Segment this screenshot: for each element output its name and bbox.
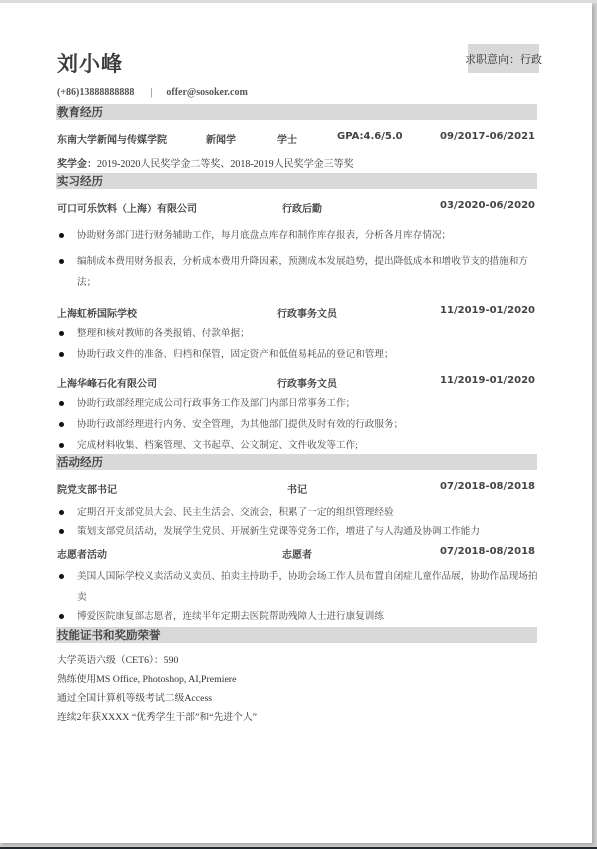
bullet-dot-icon	[59, 529, 64, 534]
bullet-dot-icon	[59, 352, 64, 357]
company-name: 上海虹桥国际学校	[57, 305, 137, 320]
bullet-dot-icon	[59, 574, 64, 579]
bullet-item: 协助行政文件的准备、归档和保管，固定资产和低值易耗品的登记和管理；	[57, 344, 539, 365]
scholarship-line: 奖学金：2019-2020人民奖学金二等奖、2018-2019人民奖学金三等奖	[57, 155, 354, 170]
bullet-dot-icon	[59, 422, 64, 427]
job-intent-box: 求职意向：行政	[468, 44, 539, 73]
bullet-item: 协助行政部经理完成公司行政事务工作及部门内部日常事务工作；	[57, 393, 539, 414]
bullet-dot-icon	[59, 233, 64, 238]
phone-number: (+86)13888888888	[57, 87, 134, 98]
school-name: 东南大学新闻与传媒学院	[57, 131, 167, 146]
email-address: offer@sosoker.com	[166, 87, 247, 98]
job-role: 行政后勤	[282, 200, 322, 215]
bullet-item: 协助财务部门进行财务辅助工作，每月底盘点库存和制作库存报表，分析各月库存情况；	[57, 225, 539, 246]
activity-org: 院党支部书记	[57, 481, 117, 496]
job-role: 行政事务文员	[277, 305, 337, 320]
internship-row: 可口可乐饮料（上海）有限公司 行政后勤 03/2020-06/2020	[57, 200, 535, 214]
company-name: 可口可乐饮料（上海）有限公司	[57, 200, 197, 215]
skill-item: 大学英语六级（CET6）：590	[57, 652, 178, 666]
bullet-item: 定期召开支部党员大会、民主生活会、交流会，积累了一定的组织管理经验	[57, 502, 539, 523]
education-date: 09/2017-06/2021	[440, 131, 535, 142]
resume-page: 刘小峰 求职意向：行政 (+86)13888888888 | offer@sos…	[0, 3, 592, 843]
activity-org: 志愿者活动	[57, 546, 107, 561]
bullet-item: 协助行政部经理进行内务、安全管理，为其他部门提供及时有效的行政服务；	[57, 414, 539, 435]
activity-role: 书记	[287, 481, 307, 496]
internship-row: 上海华峰石化有限公司 行政事务文员 11/2019-01/2020	[57, 375, 535, 389]
section-header-internship: 实习经历	[56, 173, 537, 189]
job-date: 03/2020-06/2020	[440, 200, 535, 211]
scholarship-text: 2019-2020人民奖学金二等奖、2018-2019人民奖学金三等奖	[97, 159, 354, 170]
internship-row: 上海虹桥国际学校 行政事务文员 11/2019-01/2020	[57, 305, 535, 319]
education-row: 东南大学新闻与传媒学院 新闻学 学士 GPA:4.6/5.0 09/2017-0…	[57, 131, 535, 145]
section-header-education: 教育经历	[56, 104, 537, 120]
bullet-dot-icon	[59, 401, 64, 406]
gpa: GPA:4.6/5.0	[337, 131, 403, 142]
bullet-item: 策划支部党员活动，发展学生党员、开展新生党课等党务工作，增进了与人沟通及协调工作…	[57, 521, 539, 542]
activity-row: 志愿者活动 志愿者 07/2018-08/2018	[57, 546, 535, 560]
activity-date: 07/2018-08/2018	[440, 546, 535, 557]
activity-role: 志愿者	[282, 546, 312, 561]
scholarship-label: 奖学金：	[57, 159, 97, 170]
bullet-item: 整理和核对教师的各类报销、付款单据；	[57, 323, 539, 344]
contact-line: (+86)13888888888 | offer@sosoker.com	[57, 87, 248, 98]
bullet-dot-icon	[59, 331, 64, 336]
bullet-item: 完成材料收集、档案管理、文书起草、公文制定、文件收发等工作;	[57, 435, 539, 456]
activity-date: 07/2018-08/2018	[440, 481, 535, 492]
bullet-dot-icon	[59, 614, 64, 619]
bullet-dot-icon	[59, 443, 64, 448]
skill-item: 连续2年获XXXX “优秀学生干部”和“先进个人”	[57, 709, 257, 723]
skill-item: 通过全国计算机等级考试二级Access	[57, 690, 212, 704]
bullet-item: 美国人国际学校义卖活动义卖员、拍卖主持助手，协助会场工作人员布置自闭症儿童作品展…	[57, 566, 539, 608]
activity-row: 院党支部书记 书记 07/2018-08/2018	[57, 481, 535, 495]
major: 新闻学	[206, 131, 236, 146]
section-header-activities: 活动经历	[56, 454, 537, 470]
job-date: 11/2019-01/2020	[440, 375, 535, 386]
bullet-item: 编制成本费用财务报表，分析成本费用升降因素，预测成本发展趋势，提出降低成本和增收…	[57, 251, 539, 293]
bullet-dot-icon	[59, 510, 64, 515]
job-role: 行政事务文员	[277, 375, 337, 390]
degree: 学士	[277, 131, 297, 146]
contact-separator: |	[150, 87, 152, 98]
job-date: 11/2019-01/2020	[440, 305, 535, 316]
skill-item: 熟练使用MS Office, Photoshop, AI,Premiere	[57, 671, 236, 685]
section-header-skills: 技能证书和奖励荣誉	[56, 627, 537, 643]
bullet-dot-icon	[59, 259, 64, 264]
company-name: 上海华峰石化有限公司	[57, 375, 157, 390]
candidate-name: 刘小峰	[57, 48, 123, 78]
bullet-item: 博爱医院康复部志愿者，连续半年定期去医院帮助残障人士进行康复训练	[57, 606, 539, 627]
document-viewport: 刘小峰 求职意向：行政 (+86)13888888888 | offer@sos…	[0, 0, 597, 849]
